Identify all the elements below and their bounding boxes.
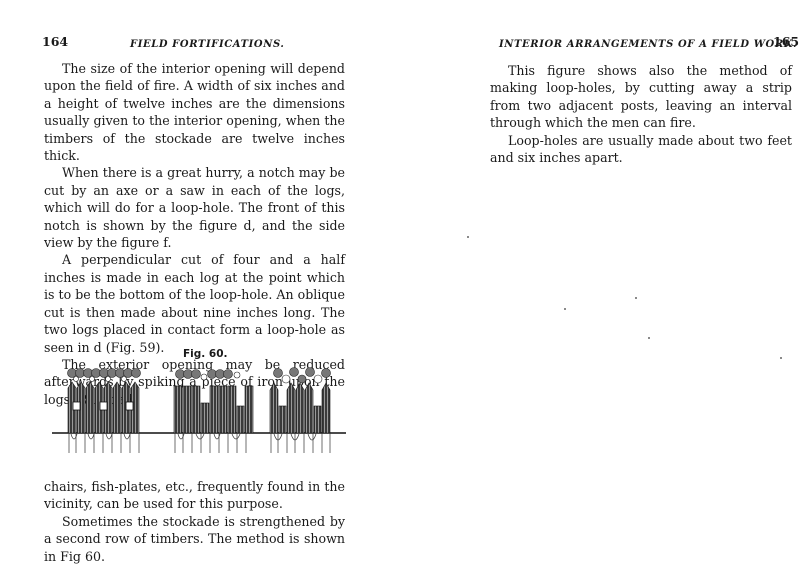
- left-page: 164 FIELD FORTIFICATIONS. The size of th…: [0, 0, 405, 584]
- page-number: 165: [773, 34, 799, 49]
- scan-speck: [635, 297, 637, 299]
- scan-speck: [780, 357, 782, 359]
- scan-speck: [564, 308, 566, 310]
- left-page-number: 164: [42, 34, 68, 49]
- paragraph: The size of the interior opening will de…: [44, 60, 345, 164]
- panel-square-loopholes: [68, 369, 141, 454]
- stockade-illustration: [50, 348, 350, 468]
- scan-speck: [467, 236, 469, 238]
- running-head-text: FIELD FORTIFICATIONS.: [130, 39, 285, 50]
- paragraph: Sometimes the stockade is strengthened b…: [44, 513, 345, 565]
- page-number: 164: [42, 34, 68, 49]
- right-body: This figure shows also the method of mak…: [490, 62, 792, 166]
- right-page-number: 165: [773, 34, 799, 49]
- figure-caption: Fig. 60.: [183, 348, 228, 360]
- paragraph: chairs, fish-plates, etc., frequently fo…: [44, 478, 345, 513]
- running-head-text: INTERIOR ARRANGEMENTS OF A FIELD WORK.: [499, 39, 797, 50]
- paragraph: This figure shows also the method of mak…: [490, 62, 792, 132]
- right-page: INTERIOR ARRANGEMENTS OF A FIELD WORK. 1…: [405, 0, 810, 584]
- right-running-head: INTERIOR ARRANGEMENTS OF A FIELD WORK.: [499, 36, 797, 50]
- paragraph: When there is a great hurry, a notch may…: [44, 164, 345, 251]
- scan-speck: [648, 337, 650, 339]
- paragraph: Loop-holes are usually made about two fe…: [490, 132, 792, 167]
- panel-double-row: [270, 368, 331, 454]
- panel-notched-loopholes: [174, 370, 253, 454]
- left-running-head: FIELD FORTIFICATIONS.: [130, 36, 285, 50]
- figure-60: Fig. 60.: [50, 348, 350, 468]
- left-body-bottom: chairs, fish-plates, etc., frequently fo…: [44, 478, 345, 565]
- paragraph: A perpendicular cut of four and a half i…: [44, 251, 345, 355]
